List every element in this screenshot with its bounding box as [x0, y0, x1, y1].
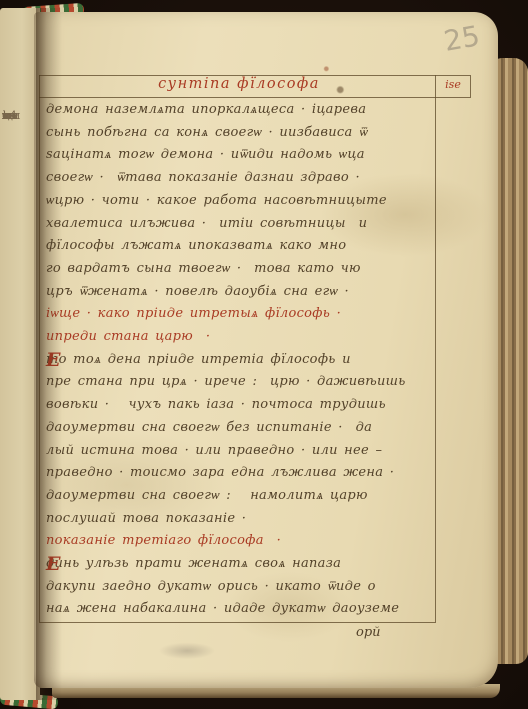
manuscript-line: послушай това показаніе · [46, 508, 434, 531]
manuscript-line: фїлософы лъжатѧ ипоказватѧ како мно [46, 235, 434, 258]
manuscript-line: ипреди стана царю · [46, 326, 434, 349]
chapter-header: сунтіпа фїлософа [104, 76, 374, 92]
frame-right-rule [435, 75, 436, 622]
manuscript-photo: имвыткѣкан4цатамьщиѧ тьмивамильтжсн 25 с… [0, 0, 528, 709]
manuscript-line: демона наземлѧта ипоркалѧщеса · іцарева [46, 99, 434, 122]
frame-bottom-rule [39, 622, 436, 623]
manuscript-line: іѡще · како пріиде итретыѧ фїлософь · [46, 303, 434, 326]
manuscript-line: Единь улѣзь прати женатѧ своѧ напаза [46, 553, 434, 576]
manuscript-line: праведно · тоисмо зара една лъжлива жена… [46, 462, 434, 485]
manuscript-line: даоумертви сна своегѡ без испитаніе · да [46, 417, 434, 440]
rubricated-initial: Е [46, 553, 61, 576]
manuscript-text-block: демона наземлѧта ипоркалѧщеса · іцаревас… [46, 99, 434, 621]
margin-fragment: н [2, 104, 10, 127]
manuscript-page: 25 сунтіпа фїлософа іѕе демона наземлѧта… [34, 12, 498, 688]
manuscript-line: пре стана при црѧ · ирече : црю · даживѣ… [46, 371, 434, 394]
manuscript-line: своегѡ · ѿтава показаніе дазнаи здраво · [46, 167, 434, 190]
manuscript-line: лый истина това · или праведно · или нее… [46, 440, 434, 463]
frame-left-rule [39, 75, 40, 622]
manuscript-line: дакупи заедно дукатѡ орись · икато ѿиде … [46, 576, 434, 599]
manuscript-line: го вардатъ сына твоегѡ · това като чю [46, 258, 434, 281]
manuscript-line: вовѣки · чухъ пакь іаза · почтоса трудиш… [46, 394, 434, 417]
manuscript-line: ѕацінатѧ тогѡ демона · иѿиди надомь ѡца [46, 144, 434, 167]
cyrillic-folio-number: іѕе [436, 78, 470, 91]
manuscript-line: сынь побѣгна са конѧ своегѡ · иизбависа … [46, 122, 434, 145]
folio-cell-rule [470, 75, 471, 98]
manuscript-line: Ето тоѧ дена пріиде итретіа фїлософь и [46, 349, 434, 372]
manuscript-line: даоумертви сна своегѡ : намолитѧ царю [46, 485, 434, 508]
catchword: орй [356, 625, 381, 640]
manuscript-line: наѧ жена набакалина · идаде дукатѡ даоуз… [46, 598, 434, 621]
manuscript-line: хвалетиса илъжива · итіи совѣтницы и [46, 213, 434, 236]
manuscript-line: ѡцрю · чоти · какое работа насовѣтницыте [46, 190, 434, 213]
frame-header-rule [39, 97, 470, 98]
manuscript-line: цръ ѿженатѧ · повелѣ даоубіѧ сна егѡ · [46, 281, 434, 304]
pencil-page-number: 25 [441, 19, 482, 58]
rubricated-initial: Е [46, 349, 61, 372]
manuscript-line: показаніе третіаго фїлософа · [46, 530, 434, 553]
